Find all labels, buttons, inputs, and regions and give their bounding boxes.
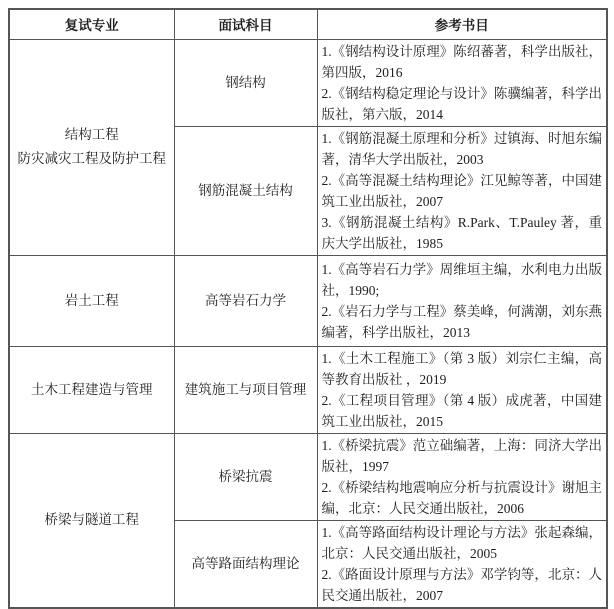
major-cell-construction-management: 土木工程建造与管理 [9,346,174,433]
table-row: 岩土工程 高等岩石力学 1.《高等岩石力学》周维垣主编，水利电力出版社，1990… [9,255,607,346]
reference-item: 2.《高等混凝土结构理论》江见鲸等著，中国建筑工业出版社，2007 [322,170,603,212]
reference-item: 2.《钢结构稳定理论与设计》陈骥编著，科学出版社，第六版，2014 [322,83,603,125]
reference-item: 2.《路面设计原理与方法》邓学钧等，北京：人民交通出版社，2007 [322,564,603,606]
references-cell: 1.《钢结构设计原理》陈绍蕃著，科学出版社，第四版，2016 2.《钢结构稳定理… [317,39,607,126]
subject-cell-bridge-seismic: 桥梁抗震 [174,433,317,520]
reference-item: 1.《高等岩石力学》周维垣主编，水利电力出版社，1990; [322,259,603,301]
major-line: 桥梁与隧道工程 [12,508,172,532]
col-header-subject: 面试科目 [174,9,317,39]
references-cell: 1.《高等路面结构设计理论与方法》张起森编，北京：人民交通出版社，2005 2.… [317,520,607,608]
reference-item: 2.《桥梁结构地震响应分析与抗震设计》谢旭主编，北京：人民交通出版社，2006 [322,477,603,519]
major-cell-geotechnical-engineering: 岩土工程 [9,255,174,346]
subject-cell-pavement-structure-theory: 高等路面结构理论 [174,520,317,608]
subject-cell-construction-project-management: 建筑施工与项目管理 [174,346,317,433]
reference-item: 2.《岩石力学与工程》蔡美峰，何满潮，刘东燕编著，科学出版社，2013 [322,301,603,343]
major-line: 土木工程建造与管理 [12,378,172,402]
document-page: 复试专业 面试科目 参考书目 结构工程 防灾减灾工程及防护工程 钢结构 1.《钢… [0,0,614,609]
references-cell: 1.《高等岩石力学》周维垣主编，水利电力出版社，1990; 2.《岩石力学与工程… [317,255,607,346]
major-line: 防灾减灾工程及防护工程 [12,147,172,171]
references-cell: 1.《钢筋混凝土原理和分析》过镇海、时旭东编著，清华大学出版社，2003 2.《… [317,126,607,255]
reference-item: 1.《土木工程施工》（第 3 版）刘宗仁主编，高等教育出版社 ，2019 [322,348,603,390]
subject-cell-steel-structure: 钢结构 [174,39,317,126]
major-cell-structural-engineering: 结构工程 防灾减灾工程及防护工程 [9,39,174,255]
col-header-major: 复试专业 [9,9,174,39]
major-line: 结构工程 [12,123,172,147]
table-row: 土木工程建造与管理 建筑施工与项目管理 1.《土木工程施工》（第 3 版）刘宗仁… [9,346,607,433]
major-line: 岩土工程 [12,289,172,313]
table-row: 桥梁与隧道工程 桥梁抗震 1.《桥梁抗震》范立础编著，上海：同济大学出版社，19… [9,433,607,520]
reference-item: 1.《高等路面结构设计理论与方法》张起森编，北京：人民交通出版社，2005 [322,522,603,564]
references-cell: 1.《土木工程施工》（第 3 版）刘宗仁主编，高等教育出版社 ，2019 2.《… [317,346,607,433]
reference-item: 2.《工程项目管理》（第 4 版）成虎著，中国建筑工业出版社，2015 [322,390,603,432]
reference-item: 1.《桥梁抗震》范立础编著，上海：同济大学出版社，1997 [322,435,603,477]
reference-item: 3.《钢筋混凝土结构》R.Park、T.Pauley 著，重庆大学出版社，198… [322,212,603,254]
table-row: 结构工程 防灾减灾工程及防护工程 钢结构 1.《钢结构设计原理》陈绍蕃著，科学出… [9,39,607,126]
reference-item: 1.《钢筋混凝土原理和分析》过镇海、时旭东编著，清华大学出版社，2003 [322,128,603,170]
header-row: 复试专业 面试科目 参考书目 [9,9,607,39]
subject-cell-reinforced-concrete: 钢筋混凝土结构 [174,126,317,255]
major-cell-bridge-tunnel-engineering: 桥梁与隧道工程 [9,433,174,608]
references-cell: 1.《桥梁抗震》范立础编著，上海：同济大学出版社，1997 2.《桥梁结构地震响… [317,433,607,520]
reference-item: 1.《钢结构设计原理》陈绍蕃著，科学出版社，第四版，2016 [322,41,603,83]
subject-cell-rock-mechanics: 高等岩石力学 [174,255,317,346]
reference-books-table: 复试专业 面试科目 参考书目 结构工程 防灾减灾工程及防护工程 钢结构 1.《钢… [8,8,608,609]
col-header-references: 参考书目 [317,9,607,39]
